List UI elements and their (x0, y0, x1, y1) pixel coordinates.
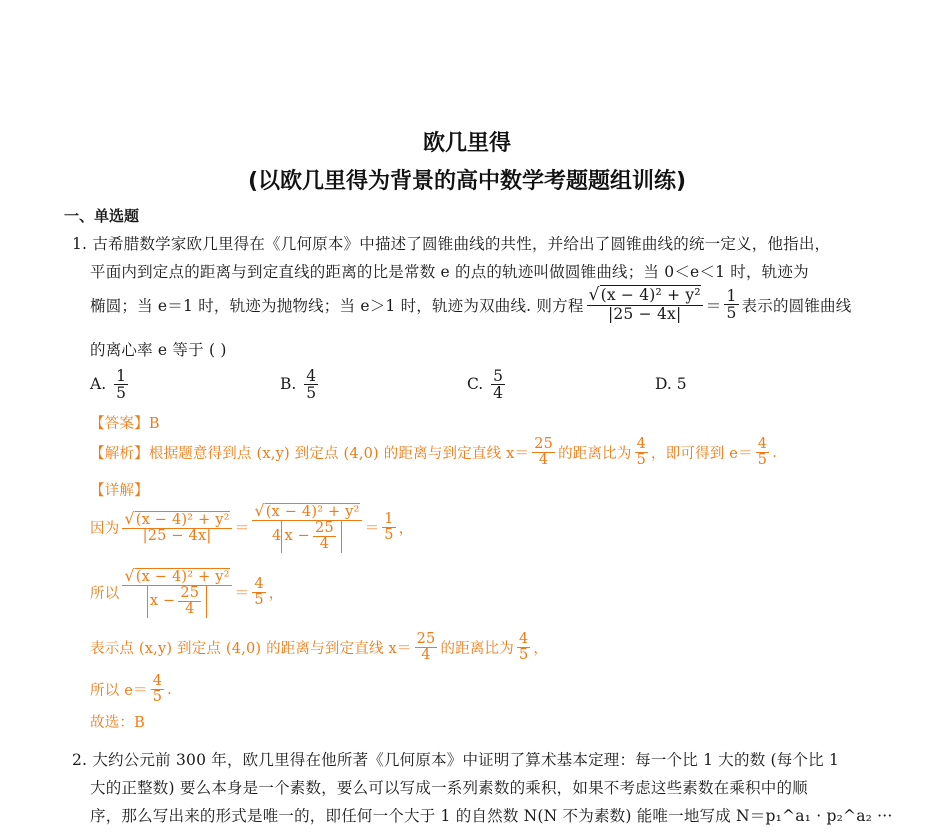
q1-number: 1. (72, 235, 87, 253)
answer-line: 【答案】B (90, 412, 160, 433)
detail-line-3: 表示点 (x,y) 到定点 (4,0) 的距离与到定直线 x＝ 254 的距离比… (90, 632, 548, 663)
section-heading: 一、单选题 (64, 205, 139, 226)
q2-line-1: 2. 大约公元前 300 年，欧几里得在他所著《几何原本》中证明了算术基本定理：… (72, 748, 839, 770)
q1-line-4: 的离心率 e 等于 ( ) (90, 338, 227, 360)
analysis-line: 【解析】 根据题意得到点 (x,y) 到定点 (4,0) 的距离与到定直线 x＝… (90, 437, 777, 468)
conclusion: 故选：B (90, 711, 145, 732)
q1-equation-fraction: √(x − 4)² + y² |25 − 4x| (587, 287, 703, 322)
document-title: 欧几里得 (0, 126, 934, 157)
detail-tag: 【详解】 (90, 479, 149, 500)
answer-value: B (149, 416, 160, 432)
q1-equation-rhs: 1 5 (724, 288, 738, 322)
detail-line-4: 所以 e＝ 45 . (90, 674, 172, 705)
option-b: B. 45 (280, 368, 321, 402)
q2-number: 2. (72, 751, 87, 769)
q1-line-3: 椭圆；当 e＝1 时，轨迹为抛物线；当 e＞1 时，轨迹为双曲线. 则方程 √(… (90, 287, 851, 322)
option-c: C. 54 (467, 368, 508, 402)
q1-line-2: 平面内到定点的距离与到定直线的距离的比是常数 e 的点的轨迹叫做圆锥曲线；当 0… (90, 260, 809, 282)
detail-line-2: 所以 √(x − 4)² + y² x −254 ＝ 45 ， (90, 568, 283, 618)
option-a: A. 15 (90, 368, 131, 402)
q2-line-3: 序，那么写出来的形式是唯一的，即任何一个大于 1 的自然数 N(N 不为素数) … (90, 804, 893, 826)
option-d: D. 5 (655, 375, 687, 393)
q2-line-2: 大的正整数) 要么本身是一个素数，要么可以写成一系列素数的乘积，如果不考虑这些素… (90, 776, 808, 798)
document-subtitle: (以欧几里得为背景的高中数学考题题组训练) (0, 164, 934, 195)
detail-line-1: 因为 √(x − 4)² + y²|25 − 4x| ＝ √(x − 4)² +… (90, 503, 413, 553)
q1-line-1: 1. 古希腊数学家欧几里得在《几何原本》中描述了圆锥曲线的共性，并给出了圆锥曲线… (72, 232, 830, 254)
answer-tag: 【答案】 (90, 416, 149, 432)
